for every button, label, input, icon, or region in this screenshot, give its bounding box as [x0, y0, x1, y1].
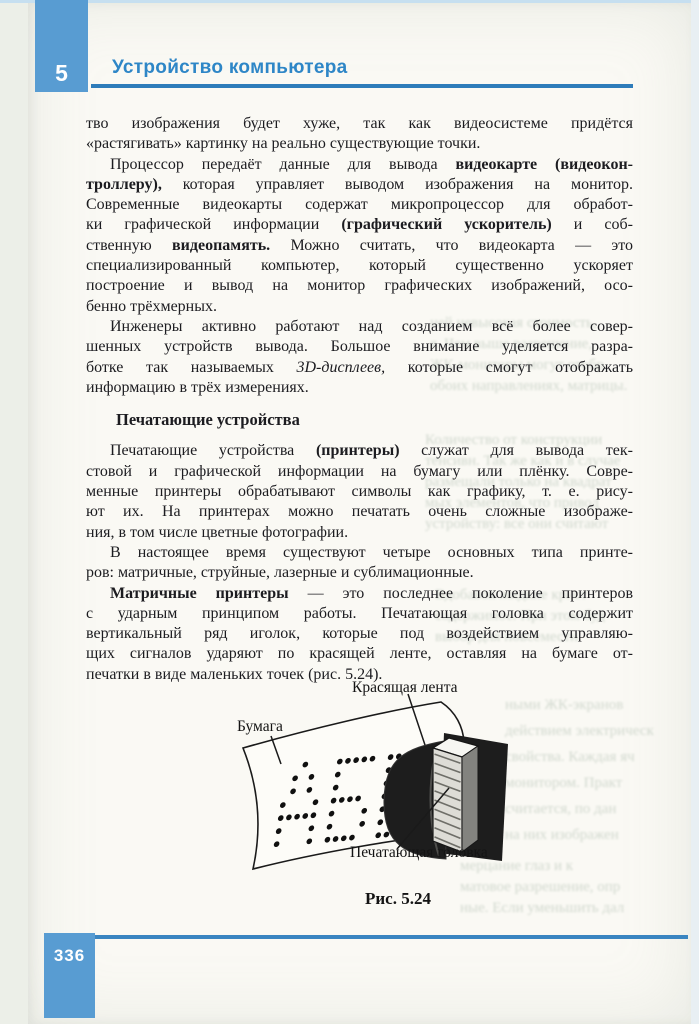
- text-line: ки графической информации (графический у…: [86, 215, 633, 235]
- text-line: шенных устройств вывода. Большое внимани…: [86, 337, 633, 357]
- text-line: построение и вывод на монитор графически…: [86, 276, 633, 296]
- header-rule: [91, 84, 633, 88]
- text-line: ственную видеопамять. Можно считать, что…: [86, 236, 633, 256]
- text-line: Инженеры активно работают над созданием …: [86, 317, 633, 337]
- text-line: Процессор передаёт данные для вывода вид…: [86, 155, 633, 175]
- text-line: вертикальный ряд иголок, которые под воз…: [86, 624, 633, 644]
- scan-right-edge: [691, 0, 699, 1024]
- text-line: ботке так называемых 3D-дисплеев, которы…: [86, 358, 633, 378]
- text-line: ров: матричные, струйные, лазерные и суб…: [86, 563, 633, 583]
- text-line: бенно трёхмерных.: [86, 297, 633, 317]
- section-heading: Печатающие устройства: [116, 410, 633, 430]
- text-line: с ударным принципом работы. Печатающая г…: [86, 604, 633, 624]
- chapter-number: 5: [35, 62, 88, 85]
- page-number: 336: [44, 947, 95, 964]
- book-page: ней невысокая стоимость,я. Чем выше разр…: [0, 0, 699, 1024]
- text-line: «растягивать» картинку на реально сущест…: [86, 134, 633, 154]
- text-line: щих сигналов ударяют по красящей ленте, …: [86, 644, 633, 664]
- text-line: Матричные принтеры — это последнее покол…: [86, 584, 633, 604]
- text-line: ют их. На принтерах можно печатать очень…: [86, 502, 633, 522]
- text-line: печатки в виде маленьких точек (рис. 5.2…: [86, 665, 633, 685]
- chapter-number-box: 5: [35, 0, 88, 92]
- text-line: Современные видеокарты содержат микропро…: [86, 195, 633, 215]
- page-number-box: 336: [44, 933, 95, 1018]
- text-line: Печатающие устройства (принтеры) служат …: [86, 441, 633, 461]
- text-flow: тво изображения будет хуже, так как виде…: [86, 114, 633, 685]
- text-line: стовой и графической информации на бумаг…: [86, 462, 633, 482]
- scan-top-edge: [0, 0, 699, 3]
- text-line: ния, в том числе цветные фотографии.: [86, 523, 633, 543]
- text-line: троллеру), которая управляет выводом изо…: [86, 175, 633, 195]
- text-line: информацию в трёх измерениях.: [86, 378, 633, 398]
- page-title: Устройство компьютера: [112, 58, 348, 79]
- text-line: специализированный компьютер, который су…: [86, 256, 633, 276]
- footer-rule: [94, 935, 688, 939]
- text-line: В настоящее время существуют четыре осно…: [86, 543, 633, 563]
- text-line: менные принтеры обрабатывают символы как…: [86, 482, 633, 502]
- text-line: тво изображения будет хуже, так как виде…: [86, 114, 633, 134]
